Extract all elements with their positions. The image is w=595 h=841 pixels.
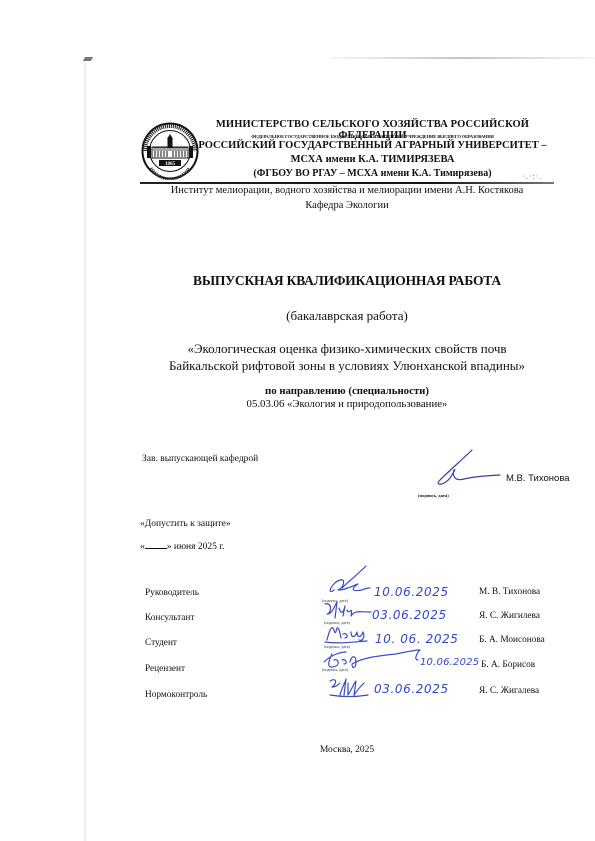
role-label: Нормоконтроль bbox=[145, 690, 207, 700]
signature-consultant bbox=[323, 600, 371, 622]
role-label: Студент bbox=[145, 638, 177, 648]
university-seal-icon: 1865 bbox=[141, 122, 199, 180]
signer-name: М. В. Тихонова bbox=[479, 587, 540, 597]
signature-date: 10.06.2025 bbox=[420, 657, 479, 668]
scan-corner-mark bbox=[83, 57, 93, 61]
work-type: (бакалаврская работа) bbox=[140, 308, 554, 324]
head-of-department-label: Зав. выпускающей кафедрой bbox=[142, 454, 258, 464]
day-blank bbox=[145, 540, 167, 549]
university-name: РОССИЙСКИЙ ГОСУДАРСТВЕННЫЙ АГРАРНЫЙ УНИВ… bbox=[195, 140, 550, 151]
signature-supervisor bbox=[322, 566, 372, 600]
signature-norm-control bbox=[328, 675, 372, 699]
signature-head bbox=[430, 448, 500, 488]
university-subname: МСХА имени К.А. ТИМИРЯЗЕВА bbox=[195, 154, 550, 165]
document-title: ВЫПУСКНАЯ КВАЛИФИКАЦИОННАЯ РАБОТА bbox=[140, 273, 554, 289]
signature-date: 03.06.2025 bbox=[374, 682, 449, 696]
direction-label: по направлению (специальности) bbox=[140, 385, 554, 397]
signature-caption: (подпись, дата) bbox=[418, 493, 449, 498]
role-label: Рецензент bbox=[145, 664, 185, 674]
signature-date: 10. 06. 2025 bbox=[375, 632, 459, 646]
scan-edge bbox=[330, 57, 595, 59]
scan-edge bbox=[84, 60, 87, 841]
signature-caption: (подпись, дата) bbox=[322, 667, 348, 672]
university-abbreviation: (ФГБОУ ВО РГАУ – МСХА имени К.А. Тимиряз… bbox=[195, 168, 550, 179]
signer-name: Б. А. Моисонова bbox=[479, 635, 545, 645]
role-label: Руководитель bbox=[145, 588, 199, 598]
institution-type: ФЕДЕРАЛЬНОЕ ГОСУДАРСТВЕННОЕ БЮДЖЕТНОЕ ОБ… bbox=[195, 134, 550, 139]
scan-noise: ·.·:·. bbox=[522, 172, 542, 181]
signature-student bbox=[323, 624, 375, 646]
institute-name: Институт мелиорации, водного хозяйства и… bbox=[140, 185, 554, 196]
signature-date: 10.06.2025 bbox=[374, 585, 449, 599]
department-name: Кафедра Экологии bbox=[140, 200, 554, 211]
svg-text:1865: 1865 bbox=[165, 162, 176, 167]
signer-name: Б. А. Борисов bbox=[481, 660, 535, 670]
head-of-department-name: М.В. Тихонова bbox=[506, 473, 570, 484]
thesis-theme-line-1: «Экологическая оценка физико-химических … bbox=[140, 341, 554, 357]
role-label: Консультант bbox=[145, 613, 194, 623]
direction-value: 05.03.06 «Экология и природопользование» bbox=[140, 398, 554, 410]
signer-name: Я. С. Жигилева bbox=[479, 611, 540, 621]
signature-date: 03.06.2025 bbox=[372, 608, 447, 622]
admit-to-defense-label: «Допустить к защите» bbox=[140, 519, 231, 529]
header-divider bbox=[140, 182, 554, 184]
signer-name: Я. С. Жигалева bbox=[479, 686, 539, 696]
thesis-theme-line-2: Байкальской рифтовой зоны в условиях Улю… bbox=[140, 358, 554, 374]
admit-date: «» июня 2025 г. bbox=[140, 540, 224, 552]
city-year: Москва, 2025 bbox=[140, 745, 554, 755]
